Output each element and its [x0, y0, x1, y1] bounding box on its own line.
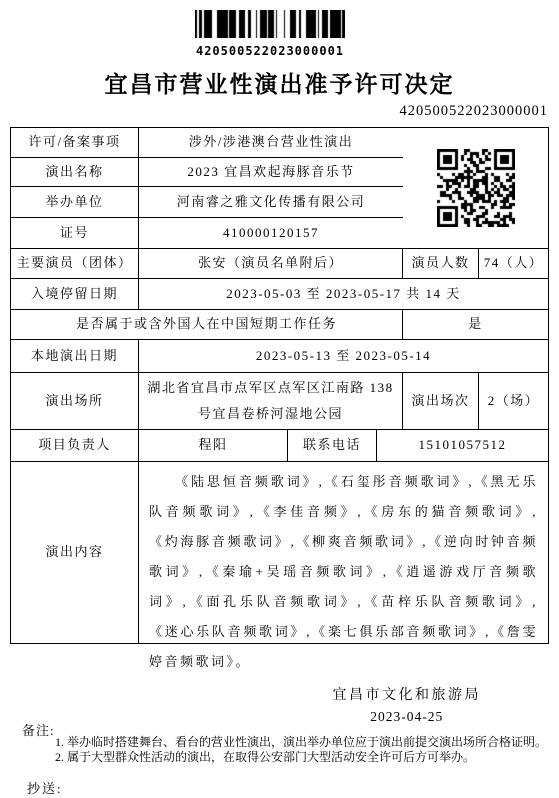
signature-block: 宜昌市文化和旅游局 2023-04-25: [333, 684, 482, 725]
note-item: 2. 属于大型群众性活动的演出，在取得公安部门大型活动安全许可后方可举办。: [55, 750, 547, 765]
permit-document: 420500522023000001 宜昌市营业性演出准予许可决定 420500…: [0, 0, 559, 798]
issue-date: 2023-04-25: [333, 709, 482, 725]
entry-stay-value: 2023-05-03 至 2023-05-17 共 14 天: [139, 279, 548, 310]
phone-label: 联系电话: [288, 430, 377, 462]
barcode-number: 420500522023000001: [195, 44, 345, 58]
qr-cell: [403, 128, 548, 248]
sessions-label: 演出场次: [403, 373, 479, 430]
phone-value: 15101057512: [377, 430, 548, 462]
venue-value: 湖北省宜昌市点军区点军区江南路 138 号宜昌卷桥河湿地公园: [139, 373, 403, 430]
permit-item-value: 涉外/涉港澳台营业性演出: [139, 128, 403, 158]
performer-count-label: 演员人数: [403, 249, 479, 279]
show-name-label: 演出名称: [11, 158, 139, 187]
table-row: 演出名称 2023 宜昌欢起海豚音乐节: [11, 158, 403, 187]
foreign-work-value: 是: [403, 310, 548, 340]
manager-label: 项目负责人: [11, 430, 139, 462]
organizer-label: 举办单位: [11, 187, 139, 218]
entry-stay-label: 入境停留日期: [11, 279, 139, 310]
main-performer-label: 主要演员（团体）: [11, 249, 139, 279]
organizer-value: 河南睿之雅文化传播有限公司: [139, 187, 403, 218]
notes: 1. 举办临时搭建舞台、看台的营业性演出，演出举办单位应于演出前提交演出场所合格…: [55, 735, 547, 764]
table-row: 项目负责人 程阳 联系电话 15101057512: [11, 430, 548, 462]
table-row: 本地演出日期 2023-05-13 至 2023-05-14: [11, 340, 548, 373]
document-number: 420500522023000001: [400, 103, 549, 120]
main-performer-value: 张安（演员名单附后）: [139, 249, 403, 279]
top-rows: 许可/备案事项 涉外/涉港澳台营业性演出 演出名称 2023 宜昌欢起海豚音乐节…: [11, 128, 403, 248]
table-row-group-top: 许可/备案事项 涉外/涉港澳台营业性演出 演出名称 2023 宜昌欢起海豚音乐节…: [11, 128, 548, 249]
cc-label: 抄送:: [27, 778, 63, 797]
permit-item-label: 许可/备案事项: [11, 128, 139, 158]
table-row: 演出场所 湖北省宜昌市点军区点军区江南路 138 号宜昌卷桥河湿地公园 演出场次…: [11, 373, 548, 430]
local-date-value: 2023-05-13 至 2023-05-14: [139, 340, 548, 373]
qr-code: [437, 149, 515, 227]
table-row: 演出内容 《陆思恒音频歌词》,《石玺彤音频歌词》,《黑无乐队音频歌词》,《李佳音…: [11, 462, 548, 643]
venue-label: 演出场所: [11, 373, 139, 430]
barcode: 420500522023000001: [195, 10, 345, 58]
cert-no-value: 410000120157: [139, 218, 403, 248]
notes-label: 备注:: [22, 720, 55, 739]
permit-table: 许可/备案事项 涉外/涉港澳台营业性演出 演出名称 2023 宜昌欢起海豚音乐节…: [10, 127, 549, 644]
content-value: 《陆思恒音频歌词》,《石玺彤音频歌词》,《黑无乐队音频歌词》,《李佳音频》,《房…: [139, 462, 548, 643]
table-row: 入境停留日期 2023-05-03 至 2023-05-17 共 14 天: [11, 279, 548, 310]
manager-value: 程阳: [139, 430, 288, 462]
barcode-image: [195, 10, 345, 38]
sessions-value: 2（场）: [479, 373, 548, 430]
show-name-value: 2023 宜昌欢起海豚音乐节: [139, 158, 403, 187]
table-row: 证号 410000120157: [11, 218, 403, 248]
note-item: 1. 举办临时搭建舞台、看台的营业性演出，演出举办单位应于演出前提交演出场所合格…: [55, 735, 547, 750]
foreign-work-label: 是否属于或含外国人在中国短期工作任务: [11, 310, 403, 340]
performer-count-value: 74（人）: [479, 249, 548, 279]
issuing-agency: 宜昌市文化和旅游局: [333, 684, 482, 704]
table-row: 举办单位 河南睿之雅文化传播有限公司: [11, 187, 403, 218]
document-title: 宜昌市营业性演出准予许可决定: [0, 66, 559, 99]
table-row: 是否属于或含外国人在中国短期工作任务 是: [11, 310, 548, 340]
cert-no-label: 证号: [11, 218, 139, 248]
content-label: 演出内容: [11, 462, 139, 643]
table-row: 许可/备案事项 涉外/涉港澳台营业性演出: [11, 128, 403, 158]
table-row: 主要演员（团体） 张安（演员名单附后） 演员人数 74（人）: [11, 249, 548, 279]
local-date-label: 本地演出日期: [11, 340, 139, 373]
